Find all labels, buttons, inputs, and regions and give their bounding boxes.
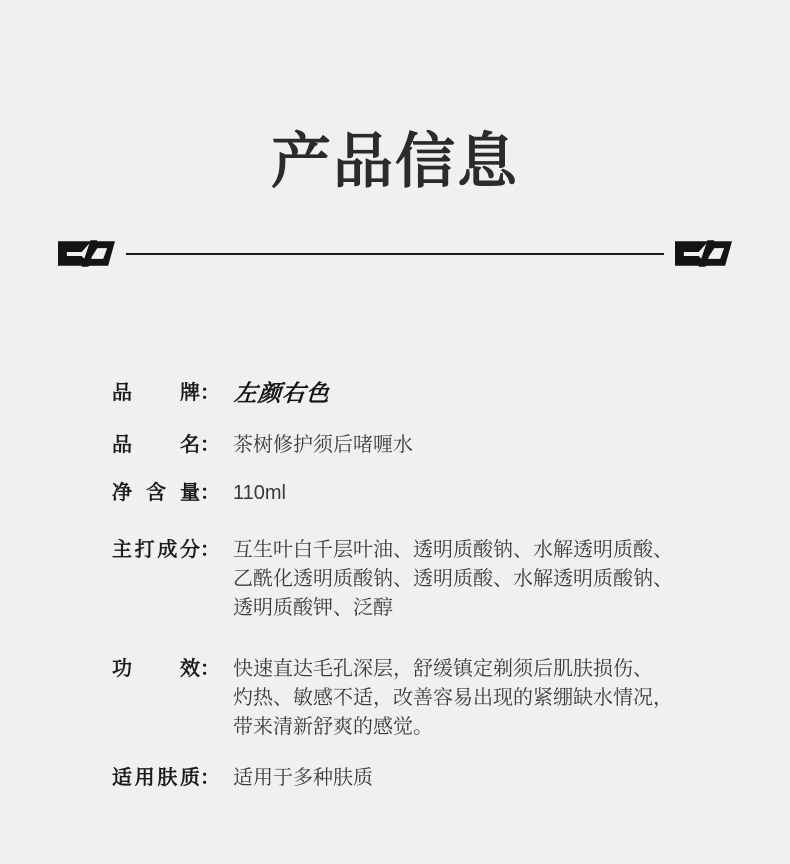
label-colon: ： — [200, 379, 220, 408]
info-row-ingredients: 主打成分： 互生叶白千层叶油、透明质酸钠、水解透明质酸、 乙酰化透明质酸钠、透明… — [112, 536, 790, 623]
info-row-skin-type: 适用肤质： 适用于多种肤质 — [112, 764, 790, 793]
efficacy-label-text: 功效 — [112, 655, 200, 684]
brand-label-text: 品牌 — [112, 379, 200, 408]
divider-line — [126, 253, 664, 255]
net-content-value: 110ml — [233, 479, 723, 508]
ingredients-label: 主打成分： — [112, 536, 220, 565]
page-title: 产品信息 — [0, 0, 790, 198]
skin-type-label-text: 适用肤质 — [112, 764, 200, 793]
efficacy-label: 功效： — [112, 655, 220, 684]
info-row-brand: 品牌： 左颜右色 — [112, 379, 790, 408]
info-row-net-content: 净含量： 110ml — [112, 479, 790, 508]
product-name-label: 品名： — [112, 431, 220, 460]
label-colon: ： — [200, 479, 220, 508]
label-colon: ： — [200, 431, 220, 460]
label-colon: ： — [200, 536, 220, 565]
brand-value: 左颜右色 — [233, 379, 725, 408]
info-row-product-name: 品名： 茶树修护须后啫喱水 — [112, 431, 790, 460]
net-content-label-text: 净含量 — [112, 479, 200, 508]
product-name-value: 茶树修护须后啫喱水 — [233, 431, 723, 460]
product-name-label-text: 品名 — [112, 431, 200, 460]
product-info-list: 品牌： 左颜右色 品名： 茶树修护须后啫喱水 净含量： 110ml 主打成分： … — [0, 379, 790, 793]
ingredients-value: 互生叶白千层叶油、透明质酸钠、水解透明质酸、 乙酰化透明质酸钠、透明质酸、水解透… — [233, 536, 723, 623]
net-content-label: 净含量： — [112, 479, 220, 508]
efficacy-value: 快速直达毛孔深层，舒缓镇定剃须后肌肤损伤、 灼热、敏感不适，改善容易出现的紧绷缺… — [233, 655, 723, 742]
brand-infinity-logo-left-icon — [58, 240, 115, 267]
brand-label: 品牌： — [112, 379, 220, 408]
section-divider — [0, 240, 790, 267]
skin-type-label: 适用肤质： — [112, 764, 220, 793]
skin-type-value: 适用于多种肤质 — [233, 764, 723, 793]
info-row-efficacy: 功效： 快速直达毛孔深层，舒缓镇定剃须后肌肤损伤、 灼热、敏感不适，改善容易出现… — [112, 655, 790, 742]
brand-infinity-logo-right-icon — [675, 240, 732, 267]
ingredients-label-text: 主打成分 — [112, 536, 200, 565]
label-colon: ： — [200, 764, 220, 793]
product-info-page: 产品信息 品牌： 左颜右色 品名： 茶树修护须后啫喱水 — [0, 0, 790, 864]
label-colon: ： — [200, 655, 220, 684]
